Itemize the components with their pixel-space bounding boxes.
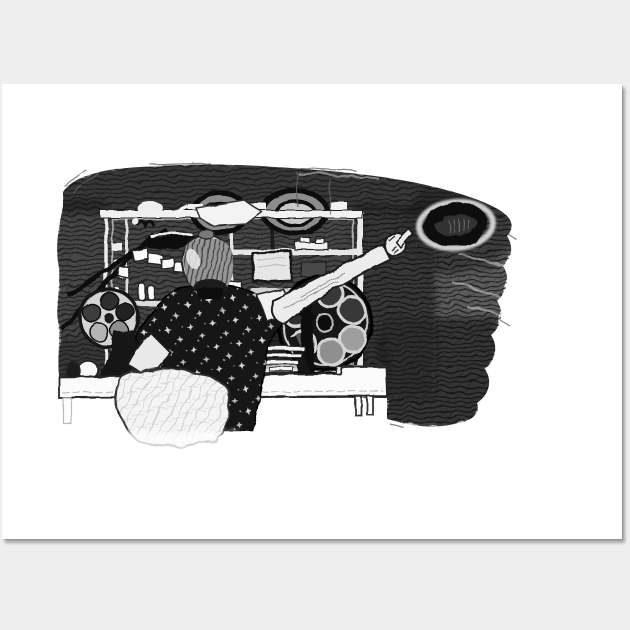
chair: [108, 369, 240, 452]
monitor: [253, 251, 292, 281]
page-background: { "product": { "kind": "wall art print m…: [0, 0, 630, 630]
wall-art-print: [2, 84, 622, 539]
artwork-sketch: [2, 84, 622, 539]
